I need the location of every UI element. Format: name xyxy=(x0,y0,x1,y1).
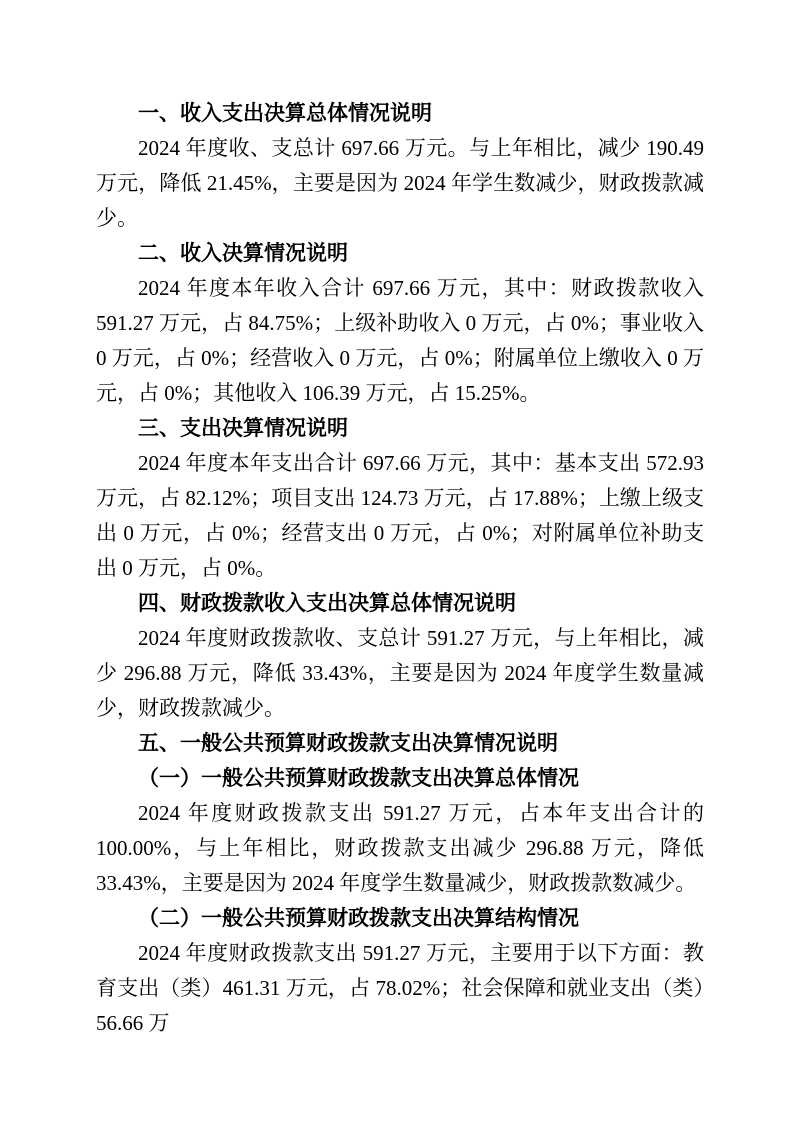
paragraph-income-expenditure-overall: 2024 年度收、支总计 697.66 万元。与上年相比，减少 190.49 万… xyxy=(96,131,704,236)
subsection-heading-general-public-budget-overall: （一）一般公共预算财政拨款支出决算总体情况 xyxy=(96,761,704,796)
section-heading-income-final-accounts: 二、收入决算情况说明 xyxy=(96,236,704,271)
paragraph-fiscal-appropriation-overall: 2024 年度财政拨款收、支总计 591.27 万元，与上年相比，减少 296.… xyxy=(96,621,704,726)
section-heading-fiscal-appropriation-overall: 四、财政拨款收入支出决算总体情况说明 xyxy=(96,586,704,621)
document-content: 一、收入支出决算总体情况说明 2024 年度收、支总计 697.66 万元。与上… xyxy=(96,96,704,1041)
paragraph-expenditure-final-accounts: 2024 年度本年支出合计 697.66 万元，其中：基本支出 572.93 万… xyxy=(96,446,704,586)
paragraph-general-public-budget-overall: 2024 年度财政拨款支出 591.27 万元，占本年支出合计的 100.00%… xyxy=(96,796,704,901)
section-heading-expenditure-final-accounts: 三、支出决算情况说明 xyxy=(96,411,704,446)
section-heading-income-expenditure-overall: 一、收入支出决算总体情况说明 xyxy=(96,96,704,131)
subsection-heading-general-public-budget-structure: （二）一般公共预算财政拨款支出决算结构情况 xyxy=(96,901,704,936)
document-page: 一、收入支出决算总体情况说明 2024 年度收、支总计 697.66 万元。与上… xyxy=(0,0,793,1122)
section-heading-general-public-budget-expenditure: 五、一般公共预算财政拨款支出决算情况说明 xyxy=(96,726,704,761)
paragraph-general-public-budget-structure: 2024 年度财政拨款支出 591.27 万元，主要用于以下方面：教育支出（类）… xyxy=(96,936,704,1041)
paragraph-income-final-accounts: 2024 年度本年收入合计 697.66 万元，其中：财政拨款收入 591.27… xyxy=(96,271,704,411)
